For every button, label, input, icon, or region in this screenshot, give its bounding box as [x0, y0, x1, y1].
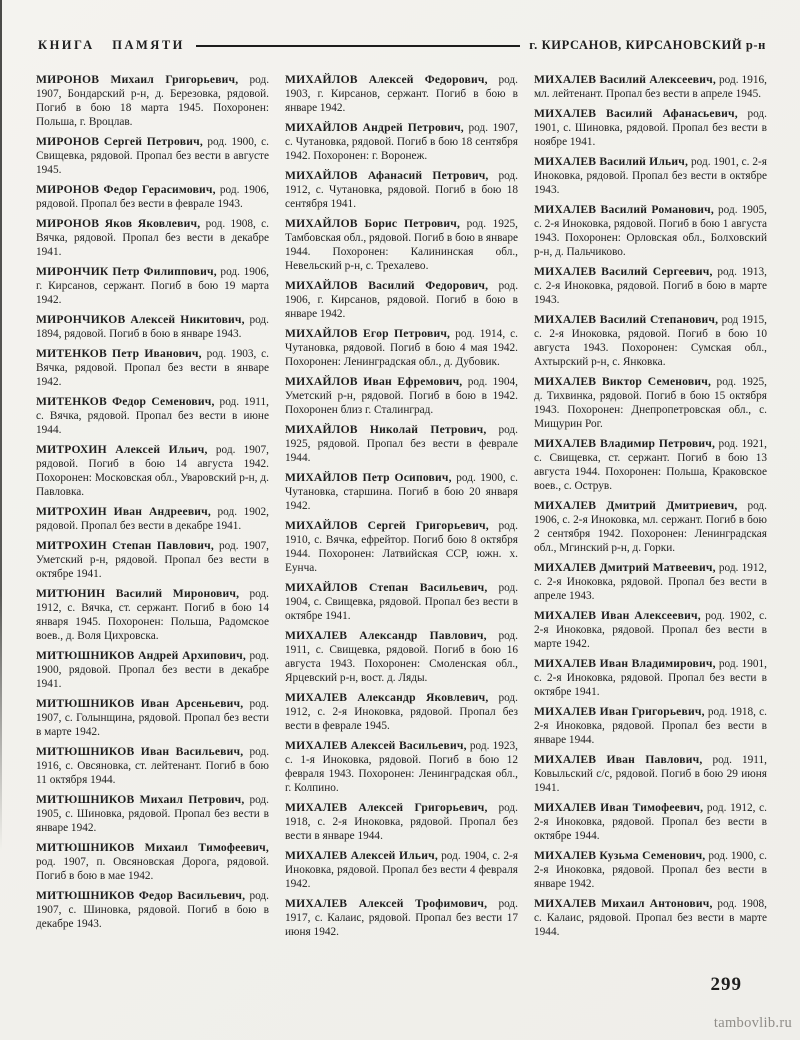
- memorial-entry: МИТЮНИН Василий Миронович, род. 1912, с.…: [36, 587, 269, 643]
- memorial-entry: МИРОНЧИКОВ Алексей Никитович, род. 1894,…: [36, 313, 269, 341]
- memorial-entry: МИХАЛЕВ Иван Владимирович, род. 1901, с.…: [534, 657, 767, 699]
- page-number: 299: [711, 974, 743, 996]
- entry-person-name: МИХАЛЕВ Алексей Трофимович,: [285, 897, 487, 910]
- memorial-entry: МИТЮШНИКОВ Иван Васильевич, род. 1916, с…: [36, 745, 269, 787]
- entry-person-name: МИХАЙЛОВ Егор Петрович,: [285, 327, 450, 340]
- memorial-entry: МИХАЛЕВ Василий Сергеевич, род. 1913, с.…: [534, 265, 767, 307]
- entry-person-name: МИРОНОВ Сергей Петрович,: [36, 135, 203, 148]
- entry-person-name: МИХАЛЕВ Алексей Григорьевич,: [285, 801, 488, 814]
- memorial-entry: МИХАЙЛОВ Борис Петрович, род. 1925, Тамб…: [285, 217, 518, 273]
- memorial-entry: МИХАЛЕВ Дмитрий Дмитриевич, род. 1906, с…: [534, 499, 767, 555]
- entry-person-name: МИХАЛЕВ Дмитрий Дмитриевич,: [534, 499, 738, 512]
- memorial-entry: МИХАЙЛОВ Степан Васильевич, род. 1904, с…: [285, 581, 518, 623]
- memorial-entry: МИРОНОВ Сергей Петрович, род. 1900, с. С…: [36, 135, 269, 177]
- memorial-entry: МИТЮШНИКОВ Федор Васильевич, род. 1907, …: [36, 889, 269, 931]
- memorial-entry: МИХАЛЕВ Василий Романович, род. 1905, с.…: [534, 203, 767, 259]
- entry-person-name: МИХАЙЛОВ Сергей Григорьевич,: [285, 519, 489, 532]
- entry-person-name: МИРОНЧИКОВ Алексей Никитович,: [36, 313, 245, 326]
- entry-person-name: МИТЮШНИКОВ Михаил Петрович,: [36, 793, 244, 806]
- memorial-entry: МИРОНОВ Федор Герасимович, род. 1906, ря…: [36, 183, 269, 211]
- memorial-entry: МИТЮШНИКОВ Иван Арсеньевич, род. 1907, с…: [36, 697, 269, 739]
- memorial-entry: МИХАЛЕВ Кузьма Семенович, род. 1900, с. …: [534, 849, 767, 891]
- memorial-entry: МИХАЛЕВ Василий Степанович, род 1915, с.…: [534, 313, 767, 369]
- memorial-entry: МИХАЛЕВ Иван Григорьевич, род. 1918, с. …: [534, 705, 767, 747]
- entry-person-name: МИТЮШНИКОВ Михаил Тимофеевич,: [36, 841, 269, 854]
- entry-person-name: МИХАЛЕВ Виктор Семенович,: [534, 375, 711, 388]
- entry-person-name: МИХАЛЕВ Михаил Антонович,: [534, 897, 713, 910]
- entry-person-name: МИХАЛЕВ Алексей Ильич,: [285, 849, 438, 862]
- memorial-entry: МИРОНЧИК Петр Филиппович, род. 1906, г. …: [36, 265, 269, 307]
- entry-person-name: МИХАЛЕВ Василий Афанасьевич,: [534, 107, 738, 120]
- entry-person-name: МИХАЛЕВ Кузьма Семенович,: [534, 849, 705, 862]
- memorial-entry: МИХАЙЛОВ Афанасий Петрович, род. 1912, с…: [285, 169, 518, 211]
- memorial-entry: МИТЮШНИКОВ Михаил Тимофеевич, род. 1907,…: [36, 841, 269, 883]
- entry-person-name: МИХАЛЕВ Василий Ильич,: [534, 155, 688, 168]
- entry-person-name: МИРОНОВ Федор Герасимович,: [36, 183, 216, 196]
- memorial-entry: МИХАЛЕВ Виктор Семенович, род. 1925, д. …: [534, 375, 767, 431]
- memorial-column-1: МИРОНОВ Михаил Григорьевич, род. 1907, Б…: [36, 73, 269, 963]
- entry-person-name: МИХАЙЛОВ Степан Васильевич,: [285, 581, 487, 594]
- entry-person-name: МИТРОХИН Алексей Ильич,: [36, 443, 208, 456]
- library-watermark: tambovlib.ru: [714, 1015, 792, 1032]
- memorial-entry: МИХАЛЕВ Алексей Ильич, род. 1904, с. 2-я…: [285, 849, 518, 891]
- entry-person-name: МИТРОХИН Иван Андреевич,: [36, 505, 211, 518]
- entry-person-name: МИХАЛЕВ Дмитрий Матвеевич,: [534, 561, 716, 574]
- memorial-entry: МИХАЛЕВ Алексей Григорьевич, род. 1918, …: [285, 801, 518, 843]
- entry-person-name: МИТЮНИН Василий Миронович,: [36, 587, 239, 600]
- entry-person-name: МИХАЛЕВ Владимир Петрович,: [534, 437, 715, 450]
- memorial-entry: МИХАЛЕВ Михаил Антонович, род. 1908, с. …: [534, 897, 767, 939]
- entry-person-name: МИТЮШНИКОВ Андрей Архипович,: [36, 649, 246, 662]
- memorial-entry: МИХАЛЕВ Алексей Васильевич, род. 1923, с…: [285, 739, 518, 795]
- header-rule-divider: [196, 45, 520, 47]
- entry-person-name: МИТРОХИН Степан Павлович,: [36, 539, 214, 552]
- memorial-entry: МИТЮШНИКОВ Михаил Петрович, род. 1905, с…: [36, 793, 269, 835]
- memorial-entry: МИХАЛЕВ Иван Павлович, род. 1911, Ковыль…: [534, 753, 767, 795]
- memorial-entry: МИТЮШНИКОВ Андрей Архипович, род. 1900, …: [36, 649, 269, 691]
- entry-person-name: МИРОНОВ Яков Яковлевич,: [36, 217, 200, 230]
- memorial-entry: МИХАЙЛОВ Сергей Григорьевич, род. 1910, …: [285, 519, 518, 575]
- scan-edge-artifact: [0, 0, 2, 850]
- memorial-entry: МИХАЛЕВ Василий Алексеевич, род. 1916, м…: [534, 73, 767, 101]
- entry-person-name: МИХАЙЛОВ Алексей Федорович,: [285, 73, 488, 86]
- memorial-entry: МИРОНОВ Яков Яковлевич, род. 1908, с. Вя…: [36, 217, 269, 259]
- entry-person-name: МИХАЛЕВ Василий Романович,: [534, 203, 714, 216]
- memorial-entry: МИРОНОВ Михаил Григорьевич, род. 1907, Б…: [36, 73, 269, 129]
- page-header: КНИГА ПАМЯТИ г. КИРСАНОВ, КИРСАНОВСКИЙ р…: [38, 38, 766, 53]
- memorial-entry: МИТЕНКОВ Федор Семенович, род. 1911, с. …: [36, 395, 269, 437]
- entry-person-name: МИХАЙЛОВ Василий Федорович,: [285, 279, 488, 292]
- entry-person-name: МИРОНЧИК Петр Филиппович,: [36, 265, 217, 278]
- memorial-entry: МИХАЛЕВ Иван Алексеевич, род. 1902, с. 2…: [534, 609, 767, 651]
- entry-person-name: МИХАЙЛОВ Николай Петрович,: [285, 423, 487, 436]
- memorial-entry: МИТРОХИН Степан Павлович, род. 1907, Уме…: [36, 539, 269, 581]
- memorial-entry: МИХАЙЛОВ Егор Петрович, род. 1914, с. Чу…: [285, 327, 518, 369]
- entry-person-name: МИХАЛЕВ Иван Павлович,: [534, 753, 702, 766]
- entry-details: род. 1907, п. Овсяновская Дорога, рядово…: [36, 856, 269, 882]
- entry-person-name: МИХАЙЛОВ Афанасий Петрович,: [285, 169, 489, 182]
- entry-person-name: МИХАЛЕВ Василий Алексеевич,: [534, 73, 716, 86]
- entry-person-name: МИХАЛЕВ Иван Григорьевич,: [534, 705, 705, 718]
- memorial-entry: МИХАЙЛОВ Иван Ефремович, род. 1904, Умет…: [285, 375, 518, 417]
- entry-person-name: МИХАЛЕВ Иван Владимирович,: [534, 657, 716, 670]
- memorial-entry: МИХАЛЕВ Василий Афанасьевич, род. 1901, …: [534, 107, 767, 149]
- entry-person-name: МИХАЙЛОВ Петр Осипович,: [285, 471, 452, 484]
- entry-person-name: МИТЕНКОВ Петр Иванович,: [36, 347, 202, 360]
- memorial-entry: МИХАЛЕВ Дмитрий Матвеевич, род. 1912, с.…: [534, 561, 767, 603]
- memorial-list: МИРОНОВ Михаил Григорьевич, род. 1907, Б…: [36, 73, 767, 963]
- entry-person-name: МИХАЛЕВ Иван Тимофеевич,: [534, 801, 703, 814]
- memorial-entry: МИТРОХИН Алексей Ильич, род. 1907, рядов…: [36, 443, 269, 499]
- memorial-entry: МИТЕНКОВ Петр Иванович, род. 1903, с. Вя…: [36, 347, 269, 389]
- entry-person-name: МИХАЙЛОВ Иван Ефремович,: [285, 375, 462, 388]
- memorial-column-2: МИХАЙЛОВ Алексей Федорович, род. 1903, г…: [285, 73, 518, 963]
- memorial-entry: МИХАЛЕВ Иван Тимофеевич, род. 1912, с. 2…: [534, 801, 767, 843]
- memorial-entry: МИХАЛЕВ Владимир Петрович, род. 1921, с.…: [534, 437, 767, 493]
- district-title: г. КИРСАНОВ, КИРСАНОВСКИЙ р-н: [529, 38, 766, 53]
- entry-person-name: МИХАЙЛОВ Борис Петрович,: [285, 217, 460, 230]
- entry-person-name: МИХАЛЕВ Александр Павлович,: [285, 629, 487, 642]
- memorial-entry: МИХАЙЛОВ Петр Осипович, род. 1900, с. Чу…: [285, 471, 518, 513]
- entry-person-name: МИХАЛЕВ Василий Сергеевич,: [534, 265, 713, 278]
- memorial-column-3: МИХАЛЕВ Василий Алексеевич, род. 1916, м…: [534, 73, 767, 963]
- memorial-entry: МИХАЙЛОВ Алексей Федорович, род. 1903, г…: [285, 73, 518, 115]
- book-title: КНИГА ПАМЯТИ: [38, 38, 185, 53]
- memorial-entry: МИХАЛЕВ Алексей Трофимович, род. 1917, с…: [285, 897, 518, 939]
- entry-person-name: МИРОНОВ Михаил Григорьевич,: [36, 73, 238, 86]
- entry-person-name: МИХАЙЛОВ Андрей Петрович,: [285, 121, 464, 134]
- scanned-page: КНИГА ПАМЯТИ г. КИРСАНОВ, КИРСАНОВСКИЙ р…: [0, 0, 800, 1040]
- memorial-entry: МИТРОХИН Иван Андреевич, род. 1902, рядо…: [36, 505, 269, 533]
- entry-person-name: МИТЕНКОВ Федор Семенович,: [36, 395, 215, 408]
- memorial-entry: МИХАЛЕВ Василий Ильич, род. 1901, с. 2-я…: [534, 155, 767, 197]
- entry-person-name: МИХАЛЕВ Иван Алексеевич,: [534, 609, 701, 622]
- entry-person-name: МИХАЛЕВ Алексей Васильевич,: [285, 739, 467, 752]
- entry-person-name: МИХАЛЕВ Василий Степанович,: [534, 313, 718, 326]
- memorial-entry: МИХАЛЕВ Александр Павлович, род. 1911, с…: [285, 629, 518, 685]
- entry-person-name: МИТЮШНИКОВ Иван Арсеньевич,: [36, 697, 243, 710]
- memorial-entry: МИХАЙЛОВ Василий Федорович, род. 1906, г…: [285, 279, 518, 321]
- entry-person-name: МИХАЛЕВ Александр Яковлевич,: [285, 691, 489, 704]
- entry-person-name: МИТЮШНИКОВ Федор Васильевич,: [36, 889, 245, 902]
- memorial-entry: МИХАЙЛОВ Андрей Петрович, род. 1907, с. …: [285, 121, 518, 163]
- memorial-entry: МИХАЛЕВ Александр Яковлевич, род. 1912, …: [285, 691, 518, 733]
- memorial-entry: МИХАЙЛОВ Николай Петрович, род. 1925, ря…: [285, 423, 518, 465]
- entry-person-name: МИТЮШНИКОВ Иван Васильевич,: [36, 745, 243, 758]
